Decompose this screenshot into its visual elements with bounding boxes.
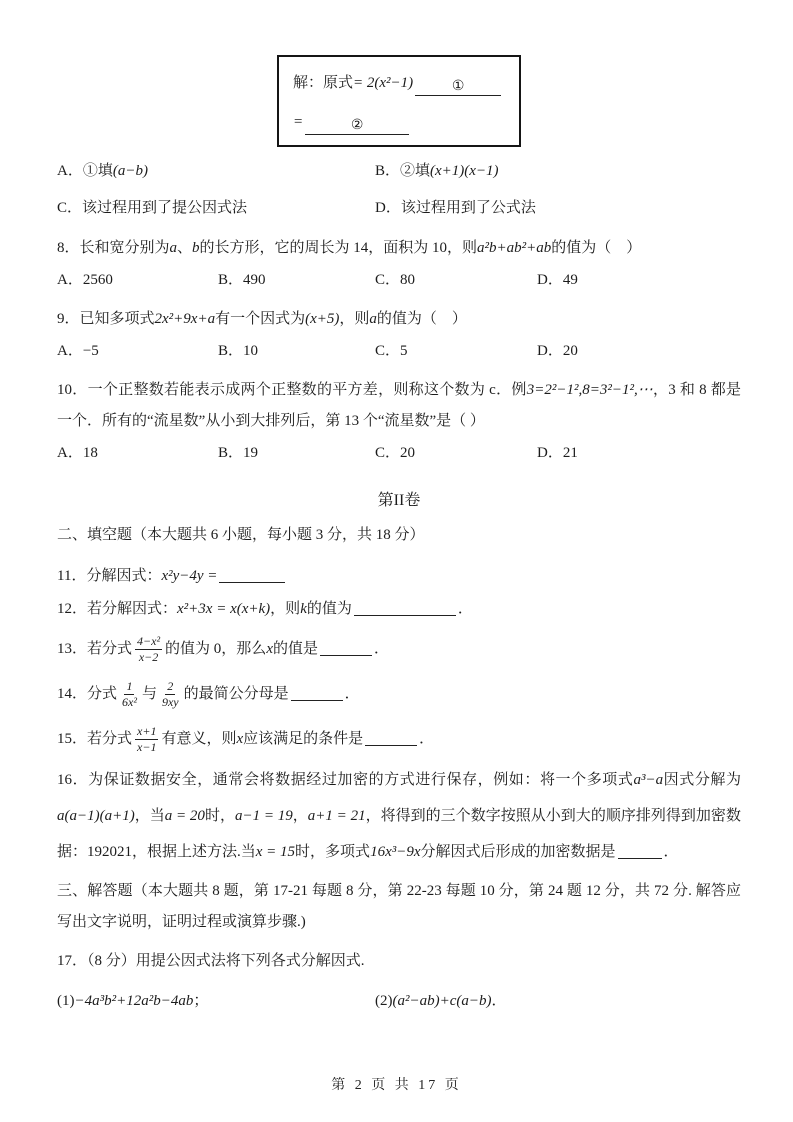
question-17-part-2: (2)(a²−ab)+c(a−b)． [375, 989, 741, 1013]
text-run: (1) [57, 993, 75, 1009]
fraction-denominator: x−1 [135, 740, 158, 755]
math-run: 2x²+9x+a [155, 311, 216, 327]
question-8-options: A．2560 B．490 C．80 D．49 [57, 268, 741, 292]
math-run: a [170, 240, 178, 256]
option-d: D．20 [537, 339, 741, 363]
math-run: a [369, 311, 377, 327]
question-14: 14．分式16x²与29xy的最简公分母是． [57, 672, 741, 716]
text-run: ． [345, 686, 360, 702]
text-run: 16．为保证数据安全，通常会将数据经过加密的方式进行保存，例如：将一个多项式 [57, 772, 633, 788]
math-run: x [266, 641, 273, 657]
math-run: (x+1)(x−1) [430, 163, 499, 179]
math-run: x = 15 [256, 844, 295, 860]
page-content: 解：原式= 2(x²−1)① =② A．①填(a−b) B．②填(x+1)(x−… [0, 0, 793, 1013]
text-run: 时， [205, 808, 235, 824]
text-run: 的值为（ ） [551, 240, 641, 256]
text-run: 12．若分解因式： [57, 601, 177, 617]
part-2-title: 第II卷 [57, 487, 741, 510]
math-run: a+1 = 21 [308, 808, 366, 824]
text-run: 的值是 [273, 641, 318, 657]
blank-underline [354, 598, 456, 616]
question-13: 13．若分式4−x²x−2的值为 0，那么x的值是． [57, 627, 741, 671]
fraction-numerator: x+1 [135, 724, 158, 740]
math-run: 16x³−9x [370, 844, 420, 860]
text-run: 的长方形，它的周长为 14，面积为 10，则 [200, 240, 478, 256]
question-10-options: A．18 B．19 C．20 D．21 [57, 441, 741, 465]
text-run: B．②填 [375, 163, 430, 179]
text-run: 分解因式后形成的加密数据是 [421, 844, 616, 860]
question-17-parts: (1)−4a³b²+12a²b−4ab； (2)(a²−ab)+c(a−b)． [57, 989, 741, 1013]
question-7-options-row-1: A．①填(a−b) B．②填(x+1)(x−1) [57, 159, 741, 183]
question-15: 15．若分式x+1x−1有意义，则x应该满足的条件是． [57, 717, 741, 761]
text-run: ，当 [135, 808, 165, 824]
fraction: x+1x−1 [135, 724, 158, 755]
text-run: 的值为 [307, 601, 352, 617]
text-run: 的最简公分母是 [184, 686, 289, 702]
blank-underline [291, 683, 343, 701]
option-d: D．21 [537, 441, 741, 465]
question-16: 16．为保证数据安全，通常会将数据经过加密的方式进行保存，例如：将一个多项式a³… [57, 762, 741, 870]
text-run: 17．（8 分）用提公因式法将下列各式分解因式. [57, 953, 365, 969]
math-run: k [300, 601, 307, 617]
text-run: 13．若分式 [57, 641, 132, 657]
question-17-stem: 17．（8 分）用提公因式法将下列各式分解因式. [57, 946, 741, 977]
exam-page: 解：原式= 2(x²−1)① =② A．①填(a−b) B．②填(x+1)(x−… [0, 0, 793, 1122]
question-10-stem: 10．一个正整数若能表示成两个正整数的平方差，则称这个数为 c．例3=2²−1²… [57, 375, 741, 437]
option-c: C．20 [375, 441, 537, 465]
text-run: ； [193, 993, 208, 1009]
math-run: −4a³b²+12a²b−4ab [75, 993, 194, 1009]
text-run: ． [664, 844, 679, 860]
math-run: x²+3x = x(x+k) [177, 601, 270, 617]
math-run: x²y−4y = [161, 568, 217, 584]
text-run: 11．分解因式： [57, 568, 161, 584]
text-run: 有一个因式为 [215, 311, 305, 327]
blank-underline [365, 728, 417, 746]
text-run: A．①填 [57, 163, 113, 179]
math-run: a³−a [633, 772, 663, 788]
text-run: 的值为（ ） [377, 311, 467, 327]
text-run: 、 [177, 240, 192, 256]
solution-line-2: =② [293, 114, 507, 135]
question-17-part-1: (1)−4a³b²+12a²b−4ab； [57, 989, 375, 1013]
blank-underline [320, 638, 372, 656]
text-run: 15．若分式 [57, 731, 132, 747]
option-d: D．该过程用到了公式法 [375, 196, 741, 220]
text-run: C．该过程用到了提公因式法 [57, 200, 247, 216]
text-run: D．该过程用到了公式法 [375, 200, 536, 216]
text-run: ． [492, 993, 507, 1009]
question-8-stem: 8．长和宽分别为a、b的长方形，它的周长为 14，面积为 10，则a²b+ab²… [57, 233, 741, 264]
option-d: D．49 [537, 268, 741, 292]
option-b: B．②填(x+1)(x−1) [375, 159, 741, 183]
math-run: b [192, 240, 200, 256]
option-a: A．−5 [57, 339, 218, 363]
option-c: C．该过程用到了提公因式法 [57, 196, 375, 220]
question-12: 12．若分解因式：x²+3x = x(x+k)，则k的值为． [57, 594, 741, 625]
math-run: a²b+ab²+ab [477, 240, 551, 256]
math-run: a−1 = 19 [235, 808, 293, 824]
fraction-denominator: 6x² [120, 695, 139, 710]
text-run: ． [458, 601, 473, 617]
text-run: 9．已知多项式 [57, 311, 155, 327]
text-run: 的值为 0，那么 [165, 641, 266, 657]
text-run: ，则 [339, 311, 369, 327]
math-run: = 2(x²−1) [353, 75, 413, 91]
math-run: (a−b) [113, 163, 148, 179]
option-b: B．10 [218, 339, 375, 363]
blank-underline [219, 565, 285, 583]
fraction-numerator: 2 [165, 679, 175, 695]
option-b: B．490 [218, 268, 375, 292]
solution-box: 解：原式= 2(x²−1)① =② [277, 55, 521, 147]
text-run: 因式分解为 [663, 772, 741, 788]
solution-line-1: 解：原式= 2(x²−1)① [293, 71, 507, 96]
fraction: 16x² [120, 679, 139, 710]
math-run: a(a−1)(a+1) [57, 808, 135, 824]
text-run: 应该满足的条件是 [243, 731, 363, 747]
question-9-options: A．−5 B．10 C．5 D．20 [57, 339, 741, 363]
text-run: ． [374, 641, 389, 657]
text-run: 8．长和宽分别为 [57, 240, 170, 256]
text-run: (2) [375, 993, 393, 1009]
text-run: 有意义，则 [161, 731, 236, 747]
text-run: 与 [142, 686, 157, 702]
option-a: A．①填(a−b) [57, 159, 375, 183]
option-c: C．5 [375, 339, 537, 363]
math-run: (x+5) [305, 311, 339, 327]
fraction-denominator: 9xy [160, 695, 181, 710]
fraction-numerator: 4−x² [135, 634, 162, 650]
math-run: 3=2²−1²,8=3²−1²,⋯ [527, 382, 653, 398]
blank-underline [618, 841, 662, 859]
blank-underline: ② [305, 117, 409, 135]
math-run: (a²−ab)+c(a−b) [393, 993, 492, 1009]
question-11: 11．分解因式：x²y−4y = [57, 561, 741, 592]
text-run: 10．一个正整数若能表示成两个正整数的平方差，则称这个数为 c．例 [57, 382, 527, 398]
question-7-options-row-2: C．该过程用到了提公因式法 D．该过程用到了公式法 [57, 196, 741, 220]
option-a: A．2560 [57, 268, 218, 292]
option-c: C．80 [375, 268, 537, 292]
text-run: 解：原式 [293, 75, 353, 91]
math-run: = [293, 114, 303, 130]
section-2-header: 二、填空题（本大题共 6 小题，每小题 3 分，共 18 分） [57, 520, 741, 551]
blank-underline: ① [415, 78, 501, 96]
text-run: ． [419, 731, 434, 747]
math-run: a = 20 [165, 808, 205, 824]
section-3-header: 三、解答题（本大题共 8 题，第 17-21 每题 8 分，第 22-23 每题… [57, 876, 741, 938]
text-run: 时，多项式 [295, 844, 370, 860]
text-run: 14．分式 [57, 686, 117, 702]
fraction: 4−x²x−2 [135, 634, 162, 665]
text-run: ， [293, 808, 308, 824]
page-footer: 第 2 页 共 17 页 [0, 1074, 793, 1094]
question-9-stem: 9．已知多项式2x²+9x+a有一个因式为(x+5)，则a的值为（ ） [57, 304, 741, 335]
fraction-numerator: 1 [124, 679, 134, 695]
option-a: A．18 [57, 441, 218, 465]
text-run: ，则 [270, 601, 300, 617]
fraction: 29xy [160, 679, 181, 710]
option-b: B．19 [218, 441, 375, 465]
fraction-denominator: x−2 [137, 650, 160, 665]
